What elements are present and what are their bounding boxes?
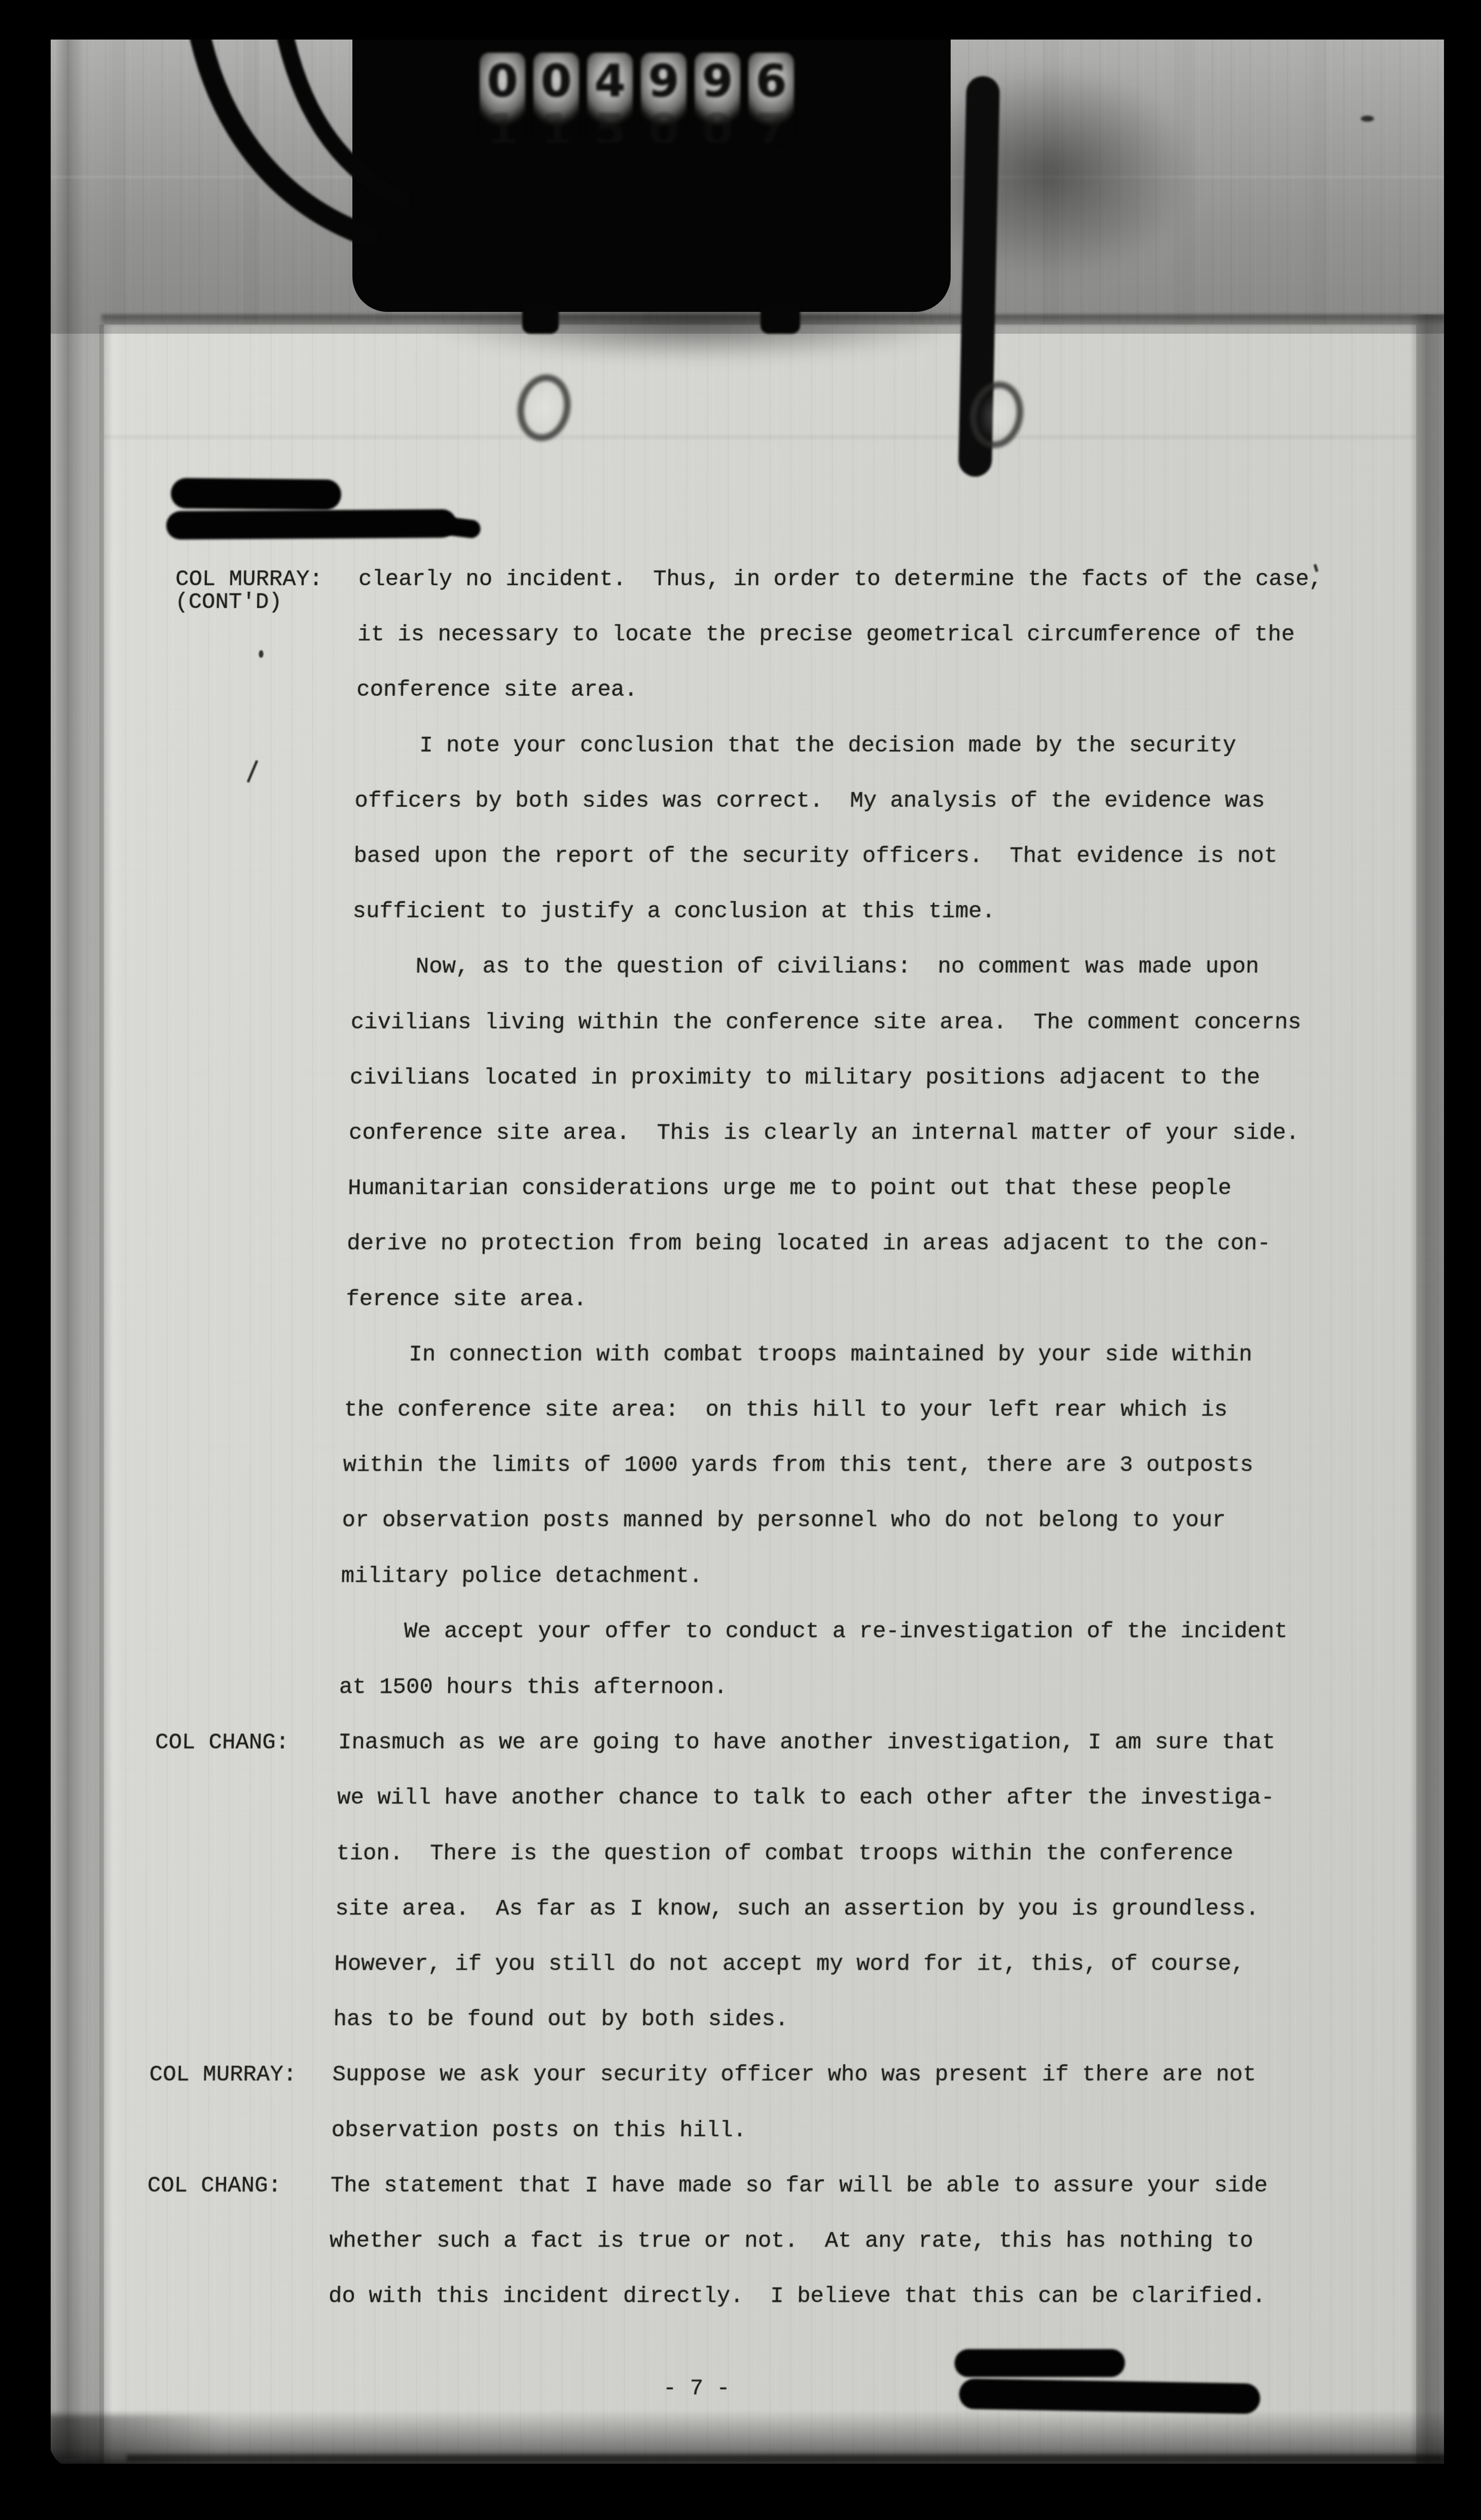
redaction-bar <box>170 478 342 510</box>
transcript-line: civilians located in proximity to milita… <box>350 1067 1260 1089</box>
speaker-label: COL MURRAY: <box>175 569 323 591</box>
transcript-line: conference site area. <box>356 679 638 701</box>
transcript-line: we will have another chance to talk to e… <box>337 1787 1275 1809</box>
transcript-line: based upon the report of the security of… <box>353 845 1278 868</box>
microfilm-scan: 010145909067 clearly no incident. Thus, … <box>0 0 1481 2520</box>
transcript-line: Now, as to the question of civilians: no… <box>415 956 1259 978</box>
ink-speck <box>259 650 263 658</box>
transcript-line: it is necessary to locate the precise ge… <box>357 624 1295 646</box>
left-black-border <box>0 0 51 2520</box>
transcript-line: We accept your offer to conduct a re-inv… <box>404 1621 1287 1643</box>
transcript-line: military police detachment. <box>341 1566 703 1588</box>
speaker-label: COL MURRAY: <box>149 2064 297 2086</box>
transcript-line: However, if you still do not accept my w… <box>334 1953 1245 1975</box>
page-number: - 7 - <box>663 2377 730 2400</box>
redaction-bar <box>959 2379 1261 2414</box>
top-black-border <box>0 0 1481 40</box>
transcript-line: officers by both sides was correct. My a… <box>354 790 1265 812</box>
speaker-sublabel: (CONT'D) <box>175 591 282 614</box>
transcript-line: In connection with combat troops maintai… <box>409 1344 1252 1366</box>
transcript-line: do with this incident directly. I believ… <box>329 2285 1266 2308</box>
transcript-line: conference site area. This is clearly an… <box>349 1122 1299 1145</box>
transcript-line: within the limits of 1000 yards from thi… <box>343 1454 1253 1477</box>
transcript-line: site area. As far as I know, such an ass… <box>335 1898 1259 1920</box>
transcript-line: whether such a fact is true or not. At a… <box>329 2230 1253 2252</box>
transcript-line: sufficient to justify a conclusion at th… <box>352 901 995 923</box>
transcript-line: derive no protection from being located … <box>347 1233 1271 1255</box>
transcript-line: at 1500 hours this afternoon. <box>339 1676 728 1698</box>
right-black-border <box>1444 0 1481 2520</box>
transcript-line: ference site area. <box>346 1289 587 1311</box>
redaction-bar <box>166 509 457 540</box>
bottom-black-border <box>0 2464 1481 2520</box>
binder-hole-mark <box>965 378 1028 452</box>
binder-hole-mark <box>512 371 575 445</box>
speaker-label: COL CHANG: <box>155 1731 290 1754</box>
pen-slash-mark <box>247 760 259 783</box>
transcript-line: The statement that I have made so far wi… <box>330 2175 1268 2197</box>
film-edge-notch <box>0 510 29 556</box>
speaker-label: COL CHANG: <box>147 2175 281 2197</box>
bottom-fade-to-black <box>49 2410 1446 2469</box>
typewritten-content-layer: clearly no incident. Thus, in order to d… <box>0 0 1481 2520</box>
transcript-line: Inasmuch as we are going to have another… <box>338 1731 1276 1754</box>
transcript-line: Humanitarian considerations urge me to p… <box>348 1178 1232 1200</box>
transcript-line: tion. There is the question of combat tr… <box>336 1842 1234 1865</box>
transcript-line: civilians living within the conference s… <box>350 1012 1301 1034</box>
transcript-line: clearly no incident. Thus, in order to d… <box>358 569 1323 591</box>
ink-speck <box>1361 116 1374 122</box>
transcript-line: Suppose we ask your security officer who… <box>332 2064 1256 2086</box>
transcript-line: or observation posts manned by personnel… <box>342 1510 1225 1532</box>
transcript-line: the conference site area: on this hill t… <box>344 1399 1227 1422</box>
transcript-line: observation posts on this hill. <box>331 2119 746 2142</box>
redaction-bar <box>954 2349 1125 2377</box>
transcript-line: has to be found out by both sides. <box>333 2008 789 2031</box>
transcript-line: I note your conclusion that the decision… <box>419 735 1236 757</box>
